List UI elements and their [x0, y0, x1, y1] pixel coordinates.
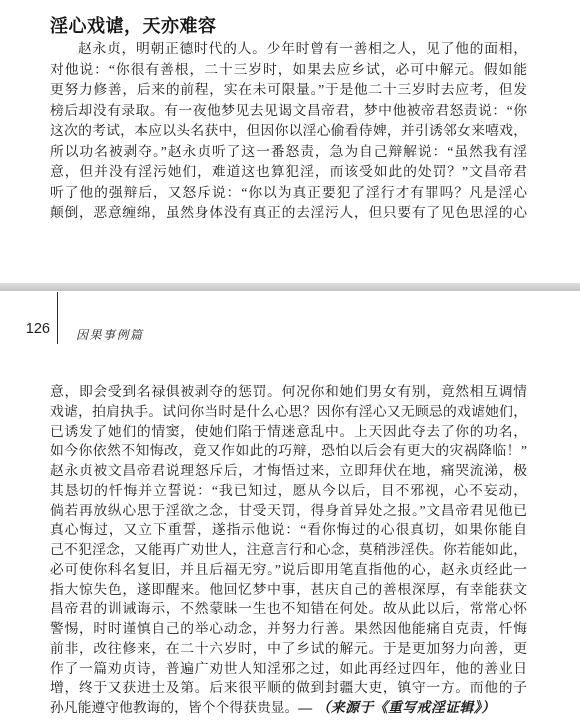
section-title: 因果事例篇 [76, 326, 144, 343]
text-line: 作了一篇劝贞诗，普遍广劝世人知淫邪之过，如此再经过四年，他的善业日 [50, 659, 527, 679]
text-line: 前非，改往修来，在二十六岁时，中了乡试的解元。于是更加努力向善，更 [50, 639, 527, 659]
text-line: 更努力修善，后来的前程，实在未可限量。”于是他二十三岁时去应考，但发 [50, 80, 527, 101]
text-line: 对他说：“你很有善根，二十三岁时，如果去应乡试，必可中解元。假如能 [50, 60, 527, 81]
text-line: 指大惊失色，遂即醒来。他回忆梦中事，甚庆自己的善根深厚，有幸能获文 [50, 580, 527, 600]
page1-body: 赵永贞，明朝正德时代的人。少年时曾有一善相之人，见了他的面相， 对他说：“你很有… [50, 39, 527, 224]
text-line: 昌帝君的训诫诲示，不然蒙昧一生也不知错在何处。故从此以后，常常心怀 [50, 599, 527, 619]
text-line: 意，即会受到名禄俱被剥夺的惩罚。何况你和她们男女有别，竟然相互调情 [50, 382, 527, 402]
text-line: 赵永贞，明朝正德时代的人。少年时曾有一善相之人，见了他的面相， [50, 39, 527, 60]
text-line: 真心悔过，又立下重誓，遂指示他说：“看你悔过的心很真切，如果你能自 [50, 520, 527, 540]
text-line: 意，但并没有淫污她们，难道这也算犯淫，而该受如此的处罚？”文昌帝君 [50, 162, 527, 183]
header-divider-rule [57, 292, 58, 344]
text-line: 已诱发了她们的情窦，使她们陷于情迷意乱中。上天因此夺去了你的功名， [50, 422, 527, 442]
text-line: 这次的考试，本应以头名获中，但因你以淫心偷看侍婢，并引诱邻女来嘻戏， [50, 121, 527, 142]
text-line: 己不犯淫念，又能再广劝世人，注意言行和心念，莫稍涉淫佚。你若能如此， [50, 540, 527, 560]
text-line: 其恳切的忏悔并立誓说：“我已知过，愿从今以后，目不邪视，心不妄动， [50, 481, 527, 501]
page-number: 126 [16, 321, 50, 337]
page-separator [0, 283, 580, 291]
page-title: 淫心戏谑，天亦难容 [50, 12, 217, 38]
text-line: 戏谑，拍肩执手。试问你当时是什么心思？因你有淫心又无顾忌的戏谑她们， [50, 402, 527, 422]
text-line: 倘若再放纵心思于淫欲之念，甘受天罚，得身首异处之报。”文昌帝君见他已 [50, 501, 527, 521]
text-line: 增，终于又获进士及第。后来很平顺的做到封疆大吏，镇守一方。而他的子 [50, 678, 527, 698]
text-line: 所以功名被剥夺。”赵永贞听了这一番怒责，急为自己辩解说：“虽然我有淫 [50, 142, 527, 163]
text-line: 如今你依然不知悔改，竟又作如此的巧辩，恐怕以后会有更大的灾祸降临！” [50, 441, 527, 461]
book-page-view: 淫心戏谑，天亦难容 赵永贞，明朝正德时代的人。少年时曾有一善相之人，见了他的面相… [0, 0, 580, 726]
text-line: 颠倒，恶意缠绵，虽然身体没有真正的去淫污人，但只要有了见色思淫的心 [50, 203, 527, 224]
source-citation: — （来源于《重写戒淫证辑》） [298, 700, 495, 715]
text-line: 听了他的强辩后，又怒斥说：“你以为真正要犯了淫行才有罪吗？凡是淫心 [50, 183, 527, 204]
text-line: 警惕，时时谨慎自己的举心动念，并努力行善。果然因他能痛自克责，忏悔 [50, 619, 527, 639]
text-line: 赵永贞被文昌帝君说理怒斥后，才悔悟过来，立即拜伏在地，痛哭流涕，极 [50, 461, 527, 481]
last-line-text: 孙凡能遵守他教诲的，皆个个得获贵显。 [50, 700, 298, 715]
text-line-final: 孙凡能遵守他教诲的，皆个个得获贵显。— （来源于《重写戒淫证辑》） [50, 698, 527, 718]
text-line: 榜后却没有录取。有一夜他梦见去见谒文昌帝君，梦中他被帝君怒责说：“你 [50, 101, 527, 122]
text-line: 必可使你科名复旧，并且后福无穷。”说后即用笔直指他的心，赵永贞经此一 [50, 560, 527, 580]
page2-body: 意，即会受到名禄俱被剥夺的惩罚。何况你和她们男女有别，竟然相互调情 戏谑，拍肩执… [50, 382, 527, 718]
